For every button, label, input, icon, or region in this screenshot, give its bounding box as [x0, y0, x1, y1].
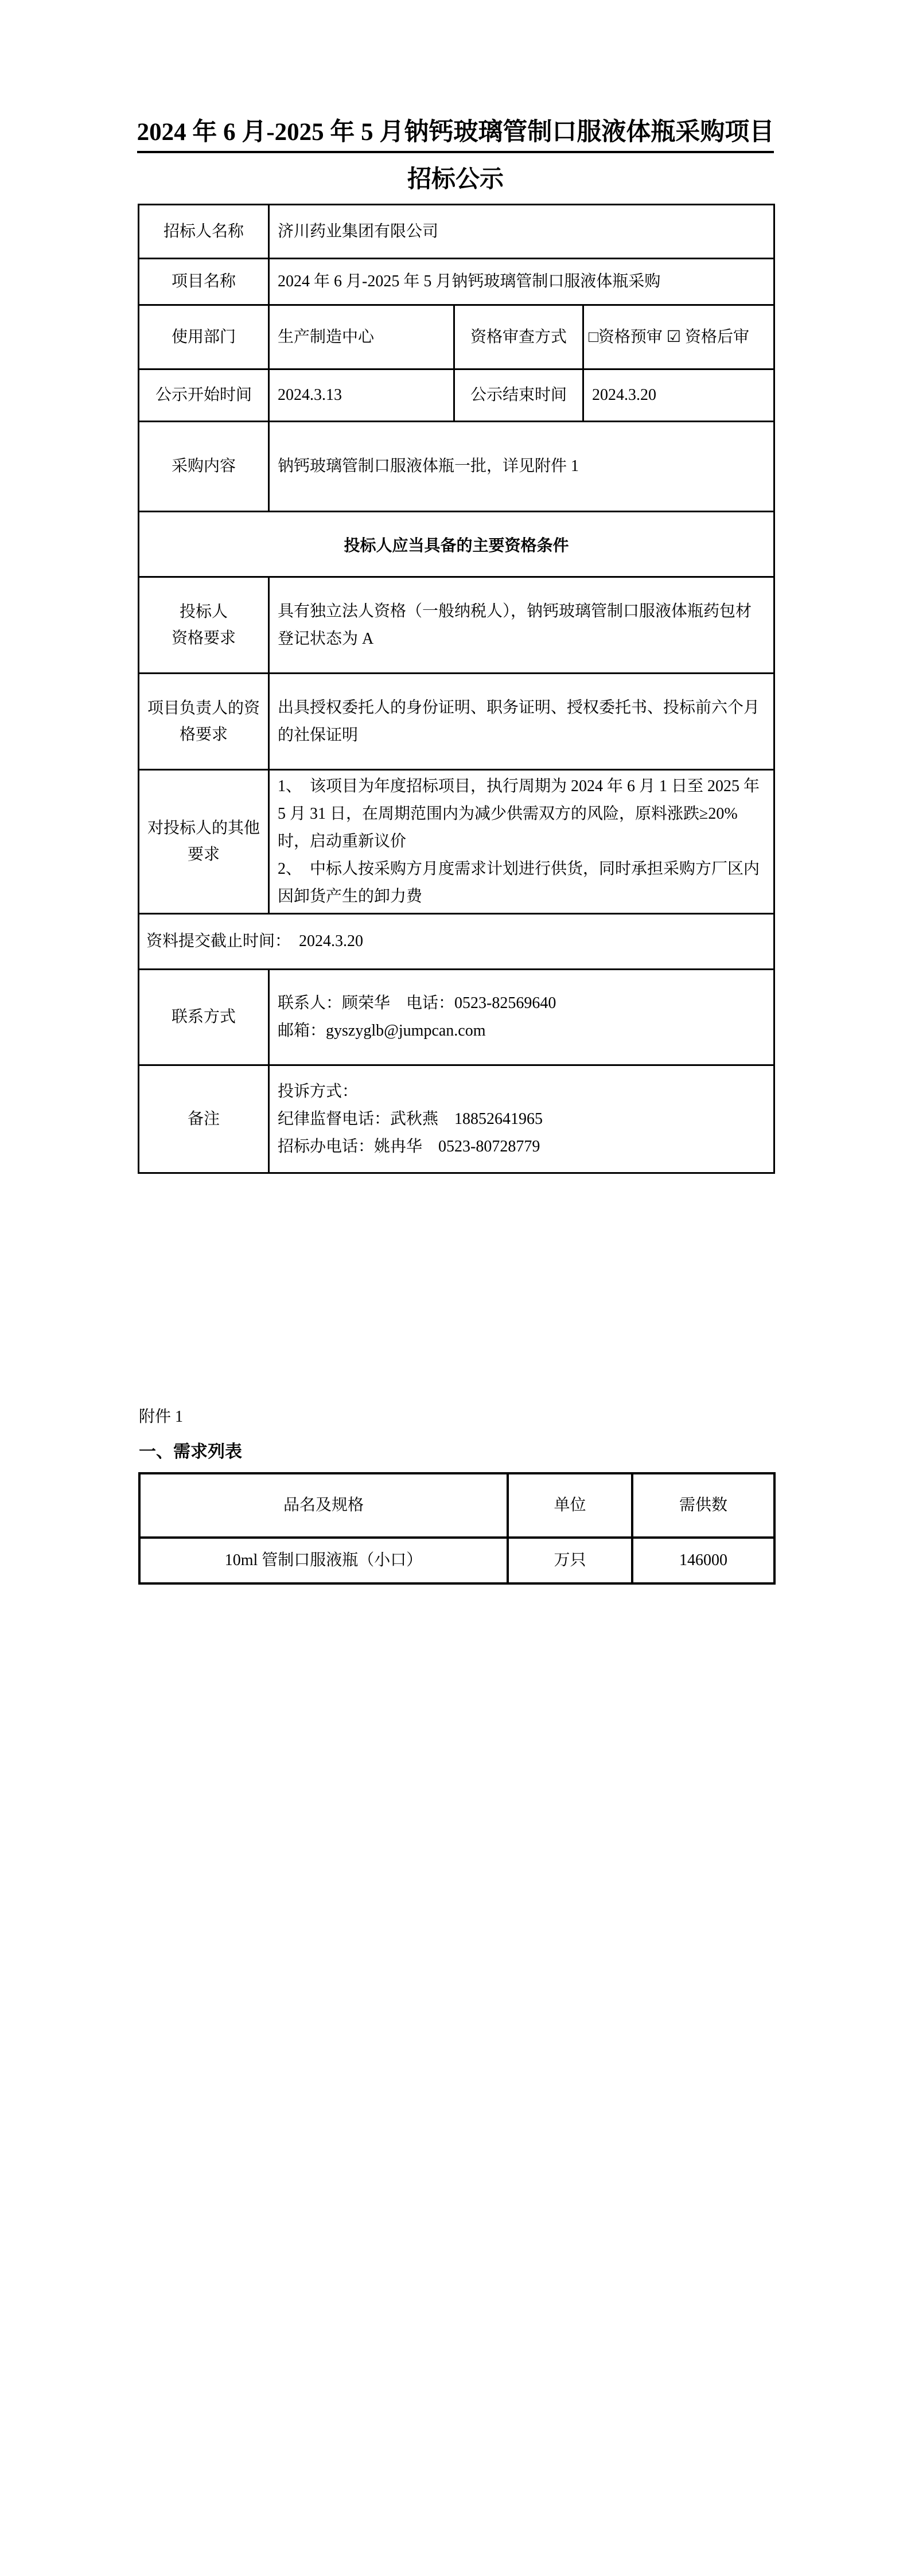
contact-label: 联系方式 — [139, 970, 269, 1065]
attachment-label: 附件 1 — [139, 1406, 911, 1429]
department-label: 使用部门 — [139, 305, 269, 369]
demand-header-unit: 单位 — [508, 1473, 632, 1538]
qualification-header: 投标人应当具备的主要资格条件 — [139, 512, 774, 577]
procurement-content-value: 钠钙玻璃管制口服液体瓶一批，详见附件 1 — [269, 422, 774, 512]
document-page: 2024 年 6 月-2025 年 5 月钠钙玻璃管制口服液体瓶采购项目 招标公… — [0, 0, 911, 2576]
row-other-requirements: 对投标人的其他要求 1、 该项目为年度招标项目，执行周期为 2024 年 6 月… — [139, 770, 774, 914]
row-pm-qualification: 项目负责人的资格要求 出具授权委托人的身份证明、职务证明、授权委托书、投标前六个… — [139, 674, 774, 770]
document-title-underlined-text: 2024 年 6 月-2025 年 5 月钠钙玻璃管制口服液体瓶采购项目 — [137, 119, 774, 153]
bidder-name-value: 济川药业集团有限公司 — [269, 205, 774, 259]
row-qualification-header: 投标人应当具备的主要资格条件 — [139, 512, 774, 577]
row-contact: 联系方式 联系人：顾荣华 电话：0523-82569640 邮箱：gyszygl… — [139, 970, 774, 1065]
row-bidder-name: 招标人名称 济川药业集团有限公司 — [139, 205, 774, 259]
row-department: 使用部门 生产制造中心 资格审查方式 □资格预审 ☑ 资格后审 — [139, 305, 774, 369]
demand-table-header-row: 品名及规格 单位 需供数 — [139, 1473, 774, 1538]
remarks-label: 备注 — [139, 1065, 269, 1173]
publicity-end-value: 2024.3.20 — [583, 369, 774, 422]
department-value: 生产制造中心 — [269, 305, 454, 369]
bidder-qualification-value: 具有独立法人资格（一般纳税人），钠钙玻璃管制口服液体瓶药包材登记状态为 A — [269, 577, 774, 674]
row-procurement-content: 采购内容 钠钙玻璃管制口服液体瓶一批，详见附件 1 — [139, 422, 774, 512]
qualification-review-value: □资格预审 ☑ 资格后审 — [583, 305, 774, 369]
bid-announcement-table: 招标人名称 济川药业集团有限公司 项目名称 2024 年 6 月-2025 年 … — [138, 204, 775, 1174]
document-title-line2: 招标公示 — [0, 165, 911, 194]
attachment-section-title: 一、需求列表 — [139, 1440, 911, 1464]
demand-unit-value: 万只 — [508, 1538, 632, 1583]
qualification-review-label: 资格审查方式 — [454, 305, 583, 369]
demand-quantity-value: 146000 — [632, 1538, 774, 1583]
procurement-content-label: 采购内容 — [139, 422, 269, 512]
demand-product-value: 10ml 管制口服液瓶（小口） — [139, 1538, 508, 1583]
document-title-line1: 2024 年 6 月-2025 年 5 月钠钙玻璃管制口服液体瓶采购项目 — [0, 0, 911, 149]
row-bidder-qualification: 投标人 资格要求 具有独立法人资格（一般纳税人），钠钙玻璃管制口服液体瓶药包材登… — [139, 577, 774, 674]
publicity-start-value: 2024.3.13 — [269, 369, 454, 422]
remarks-value: 投诉方式： 纪律监督电话：武秋燕 18852641965 招标办电话：姚冉华 0… — [269, 1065, 774, 1173]
demand-header-product: 品名及规格 — [139, 1473, 508, 1538]
project-name-value: 2024 年 6 月-2025 年 5 月钠钙玻璃管制口服液体瓶采购 — [269, 259, 774, 305]
demand-table-data-row: 10ml 管制口服液瓶（小口） 万只 146000 — [139, 1538, 774, 1583]
publicity-start-label: 公示开始时间 — [139, 369, 269, 422]
other-requirements-value: 1、 该项目为年度招标项目，执行周期为 2024 年 6 月 1 日至 2025… — [269, 770, 774, 914]
row-publicity-time: 公示开始时间 2024.3.13 公示结束时间 2024.3.20 — [139, 369, 774, 422]
publicity-end-label: 公示结束时间 — [454, 369, 583, 422]
row-project-name: 项目名称 2024 年 6 月-2025 年 5 月钠钙玻璃管制口服液体瓶采购 — [139, 259, 774, 305]
other-requirements-label: 对投标人的其他要求 — [139, 770, 269, 914]
pm-qualification-value: 出具授权委托人的身份证明、职务证明、授权委托书、投标前六个月的社保证明 — [269, 674, 774, 770]
bidder-qualification-label: 投标人 资格要求 — [139, 577, 269, 674]
demand-header-quantity: 需供数 — [632, 1473, 774, 1538]
row-submission-deadline: 资料提交截止时间： 2024.3.20 — [139, 914, 774, 970]
bidder-name-label: 招标人名称 — [139, 205, 269, 259]
row-remarks: 备注 投诉方式： 纪律监督电话：武秋燕 18852641965 招标办电话：姚冉… — [139, 1065, 774, 1173]
pm-qualification-label: 项目负责人的资格要求 — [139, 674, 269, 770]
project-name-label: 项目名称 — [139, 259, 269, 305]
contact-value: 联系人：顾荣华 电话：0523-82569640 邮箱：gyszyglb@jum… — [269, 970, 774, 1065]
submission-deadline: 资料提交截止时间： 2024.3.20 — [139, 914, 774, 970]
demand-list-table: 品名及规格 单位 需供数 10ml 管制口服液瓶（小口） 万只 146000 — [138, 1472, 776, 1585]
